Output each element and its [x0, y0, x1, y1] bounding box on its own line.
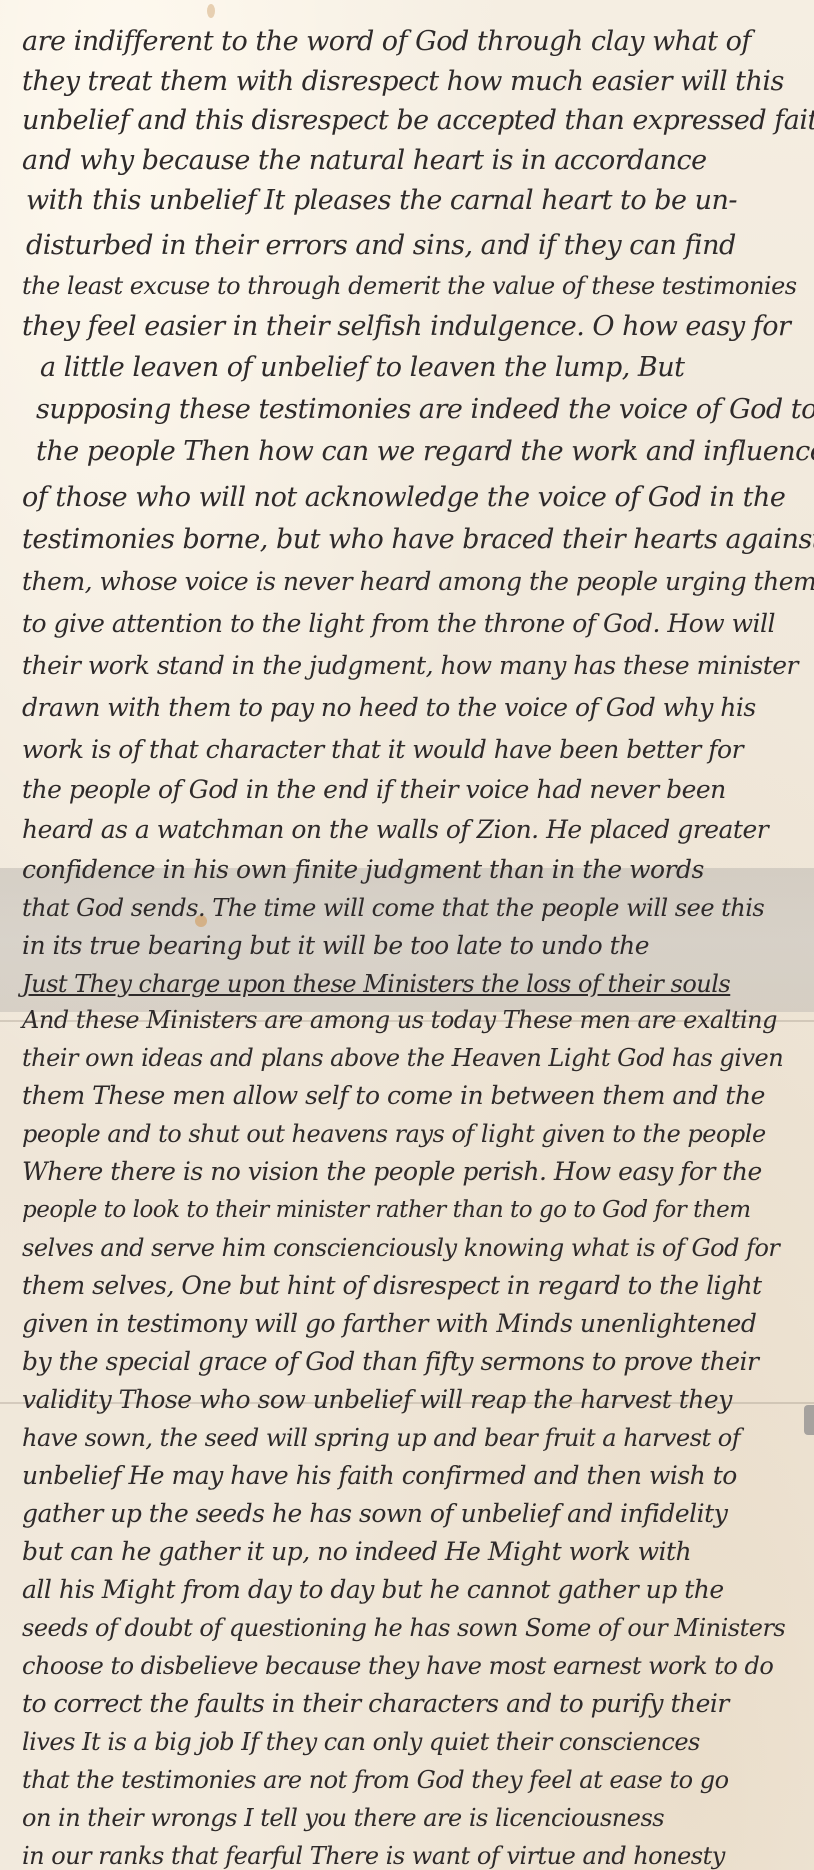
text-line: supposing these testimonies are indeed t… [36, 390, 814, 430]
text-line: Just They charge upon these Ministers th… [22, 964, 814, 1004]
text-line: choose to disbelieve because they have m… [22, 1646, 814, 1686]
ink-stain [207, 4, 215, 18]
text-line: to give attention to the light from the … [22, 604, 814, 644]
manuscript-page: are indifferent to the word of God throu… [0, 0, 814, 1870]
text-line: on in their wrongs I tell you there are … [22, 1798, 814, 1838]
text-line: drawn with them to pay no heed to the vo… [22, 688, 814, 728]
text-line: people to look to their minister rather … [22, 1190, 814, 1230]
text-line: all his Might from day to day but he can… [22, 1570, 814, 1610]
text-line: of those who will not acknowledge the vo… [22, 478, 814, 518]
text-line: by the special grace of God than fifty s… [22, 1342, 814, 1382]
text-line: the least excuse to through demerit the … [22, 266, 814, 306]
text-line: Where there is no vision the people peri… [22, 1152, 814, 1192]
text-line: unbelief and this disrespect be accepted… [22, 101, 814, 141]
text-line: seeds of doubt of questioning he has sow… [22, 1608, 814, 1648]
text-line: a little leaven of unbelief to leaven th… [40, 348, 814, 388]
text-line: disturbed in their errors and sins, and … [26, 226, 814, 266]
text-line: them, whose voice is never heard among t… [22, 562, 814, 602]
text-line: in our ranks that fearful There is want … [22, 1836, 814, 1870]
text-line: and why because the natural heart is in … [22, 141, 814, 181]
text-line: the people Then how can we regard the wo… [36, 432, 814, 472]
text-line: And these Ministers are among us today T… [22, 1000, 814, 1040]
text-line: confidence in his own finite judgment th… [22, 850, 814, 890]
text-line: validity Those who sow unbelief will rea… [22, 1380, 814, 1420]
text-line: given in testimony will go farther with … [22, 1304, 814, 1344]
text-line: their work stand in the judgment, how ma… [22, 646, 814, 686]
text-line: people and to shut out heavens rays of l… [22, 1114, 814, 1154]
text-line: have sown, the seed will spring up and b… [22, 1418, 814, 1458]
text-line: the people of God in the end if their vo… [22, 770, 814, 810]
text-line: their own ideas and plans above the Heav… [22, 1038, 814, 1078]
text-line: heard as a watchman on the walls of Zion… [22, 810, 814, 850]
text-line: selves and serve him conscienciously kno… [22, 1228, 814, 1268]
text-line: testimonies borne, but who have braced t… [22, 520, 814, 560]
text-line: that God sends. The time will come that … [22, 888, 814, 928]
text-line: gather up the seeds he has sown of unbel… [22, 1494, 814, 1534]
text-line: they feel easier in their selfish indulg… [22, 307, 814, 347]
text-line: they treat them with disrespect how much… [22, 62, 814, 102]
text-line: to correct the faults in their character… [22, 1684, 814, 1724]
text-line: them selves, One but hint of disrespect … [22, 1266, 814, 1306]
text-line: them These men allow self to come in bet… [22, 1076, 814, 1116]
text-line: lives It is a big job If they can only q… [22, 1722, 814, 1762]
text-line: that the testimonies are not from God th… [22, 1760, 814, 1800]
text-line: unbelief He may have his faith confirmed… [22, 1456, 814, 1496]
text-line: work is of that character that it would … [22, 730, 814, 770]
text-line: are indifferent to the word of God throu… [22, 22, 814, 62]
text-line: but can he gather it up, no indeed He Mi… [22, 1532, 814, 1572]
text-line: in its true bearing but it will be too l… [22, 926, 814, 966]
text-line: with this unbelief It pleases the carnal… [26, 181, 814, 221]
